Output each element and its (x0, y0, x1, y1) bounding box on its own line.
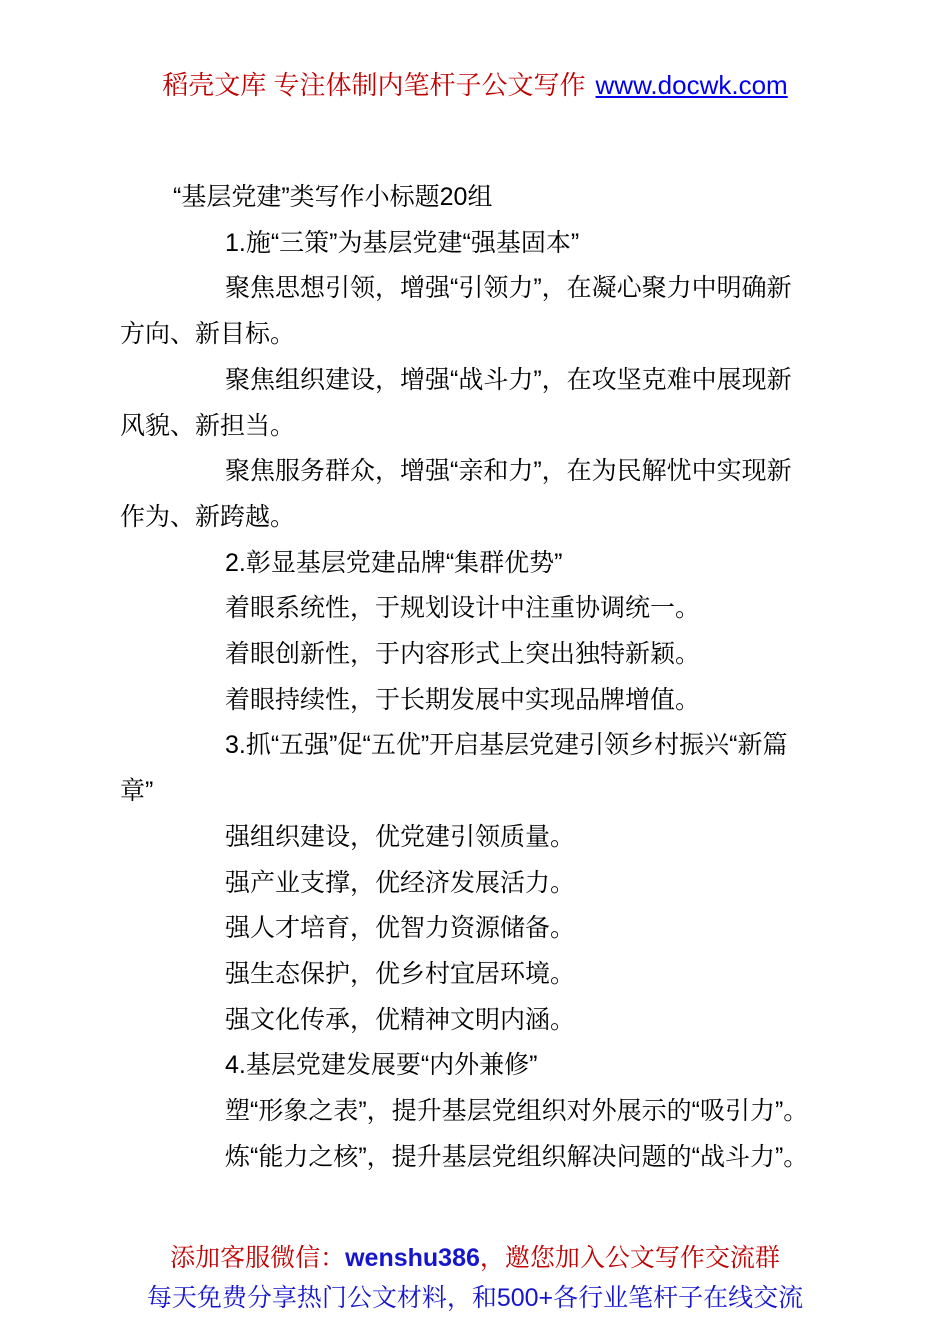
document-page: 稻壳文库 专注体制内笔杆子公文写作www.docwk.com “基层党建”类写作… (0, 0, 950, 1344)
paragraph: 聚焦思想引领，增强“引领力”，在凝心聚力中明确新 方向、新目标。 (120, 266, 890, 357)
header-brand-text: 稻壳文库 专注体制内笔杆子公文写作 (162, 70, 585, 100)
section-heading: 2.彰显基层党建品牌“集群优势” (120, 541, 890, 587)
document-title: “基层党建”类写作小标题20组 (120, 175, 890, 221)
paragraph: 强人才培育，优智力资源储备。 (120, 906, 890, 952)
page-header: 稻壳文库 专注体制内笔杆子公文写作www.docwk.com (0, 63, 950, 108)
footer-contact-prefix: 添加客服微信： (170, 1244, 345, 1272)
paragraph: 着眼系统性，于规划设计中注重协调统一。 (120, 586, 890, 632)
paragraph: 聚焦组织建设，增强“战斗力”，在攻坚克难中展现新 风貌、新担当。 (120, 358, 890, 449)
section-heading: 1.施“三策”为基层党建“强基固本” (120, 221, 890, 267)
paragraph: 炼“能力之核”，提升基层党组织解决问题的“战斗力”。 (120, 1135, 890, 1181)
paragraph: 着眼持续性，于长期发展中实现品牌增值。 (120, 678, 890, 724)
paragraph: 着眼创新性，于内容形式上突出独特新颖。 (120, 632, 890, 678)
paragraph: 塑“形象之表”，提升基层党组织对外展示的“吸引力”。 (120, 1089, 890, 1135)
section-heading: 3.抓“五强”促“五优”开启基层党建引领乡村振兴“新篇 章” (120, 723, 890, 814)
wechat-id: wenshu386 (345, 1244, 480, 1272)
paragraph: 强组织建设，优党建引领质量。 (120, 815, 890, 861)
paragraph: 强产业支撑，优经济发展活力。 (120, 861, 890, 907)
paragraph: 聚焦服务群众，增强“亲和力”，在为民解忧中实现新 作为、新跨越。 (120, 449, 890, 540)
section-heading: 4.基层党建发展要“内外兼修” (120, 1043, 890, 1089)
footer-share-line: 每天免费分享热门公文材料，和500+各行业笔杆子在线交流 (0, 1278, 950, 1318)
paragraph: 强文化传承，优精神文明内涵。 (120, 998, 890, 1044)
footer-promo-line: 添加客服微信：wenshu386，邀您加入公文写作交流群 (0, 1238, 950, 1278)
header-site-link[interactable]: www.docwk.com (596, 70, 788, 100)
document-body: “基层党建”类写作小标题20组1.施“三策”为基层党建“强基固本”聚焦思想引领，… (120, 175, 890, 1180)
page-footer: 添加客服微信：wenshu386，邀您加入公文写作交流群 每天免费分享热门公文材… (0, 1238, 950, 1318)
paragraph: 强生态保护，优乡村宜居环境。 (120, 952, 890, 998)
footer-contact-suffix: ，邀您加入公文写作交流群 (480, 1244, 780, 1272)
